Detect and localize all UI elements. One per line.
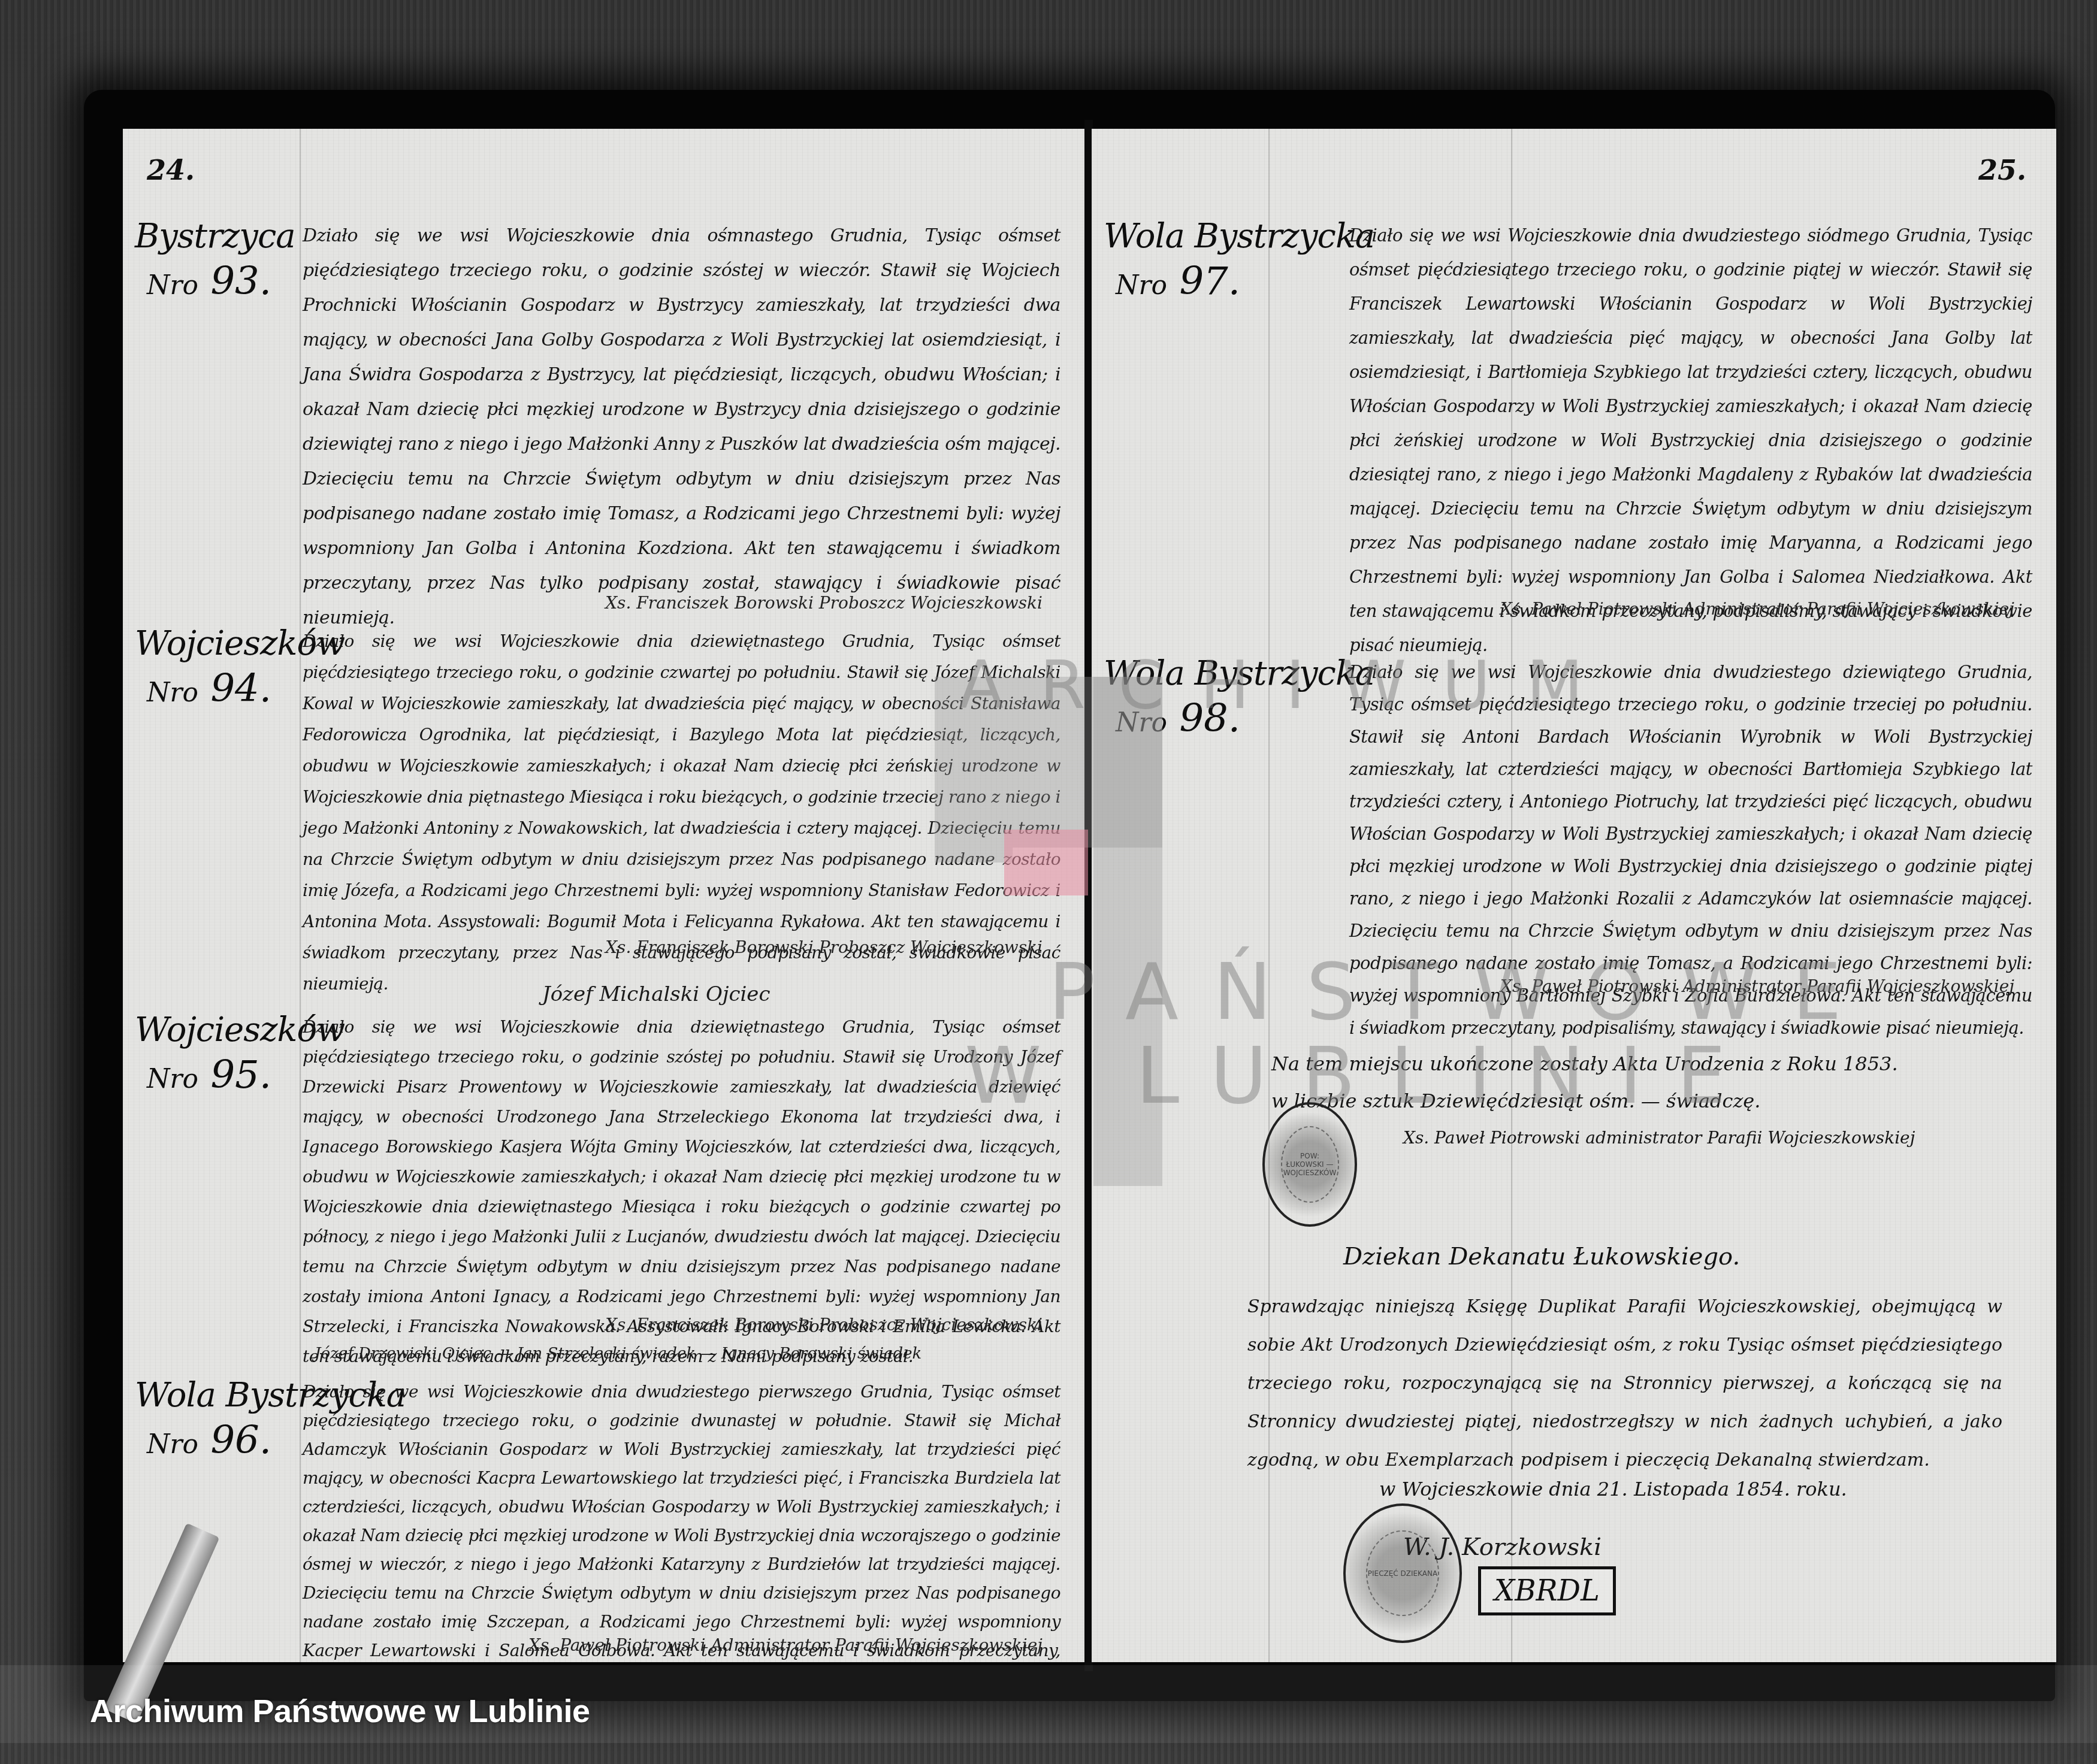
- register-entry-97: Wola Bystrzycka Nro 97. Działo się we ws…: [1092, 219, 2056, 632]
- right-page: 25. Wola Bystrzycka Nro 97. Działo się w…: [1092, 129, 2056, 1662]
- number-prefix: Nro: [147, 1429, 198, 1460]
- entry-number: Nro 94.: [135, 668, 303, 714]
- entry-number: Nro 95.: [135, 1054, 303, 1100]
- page-number-left: 24.: [147, 154, 195, 186]
- closing-line-2: w liczbie sztuk Dziewięćdziesiąt ośm. — …: [1271, 1082, 2020, 1119]
- entry-place: Wola Bystrzycka: [135, 1378, 303, 1414]
- entry-place: Wojcieszków: [135, 626, 303, 662]
- watermark-logo-accent: [1004, 830, 1088, 895]
- father-signature: Józef Michalski Ojciec: [542, 982, 770, 1006]
- entry-text: Działo się we wsi Wojcieszkowie dnia dwu…: [303, 1378, 1060, 1662]
- watermark-logo-block: [935, 677, 1013, 863]
- entry-margin-label: Wola Bystrzycka Nro 97.: [1104, 219, 1355, 307]
- seal-emblem: PIECZĘĆ DZIEKANA: [1366, 1530, 1439, 1617]
- register-entry-98: Wola Bystrzycka Nro 98. Działo się we ws…: [1092, 656, 2056, 1015]
- left-page: 24. Bystrzyca Nro 93. Działo się we wsi …: [123, 129, 1086, 1662]
- priest-signature: Xs. Franciszek Borowski Proboszcz Wojcie…: [303, 593, 1060, 613]
- priest-signature: Xs. Paweł Piotrowski Administrator Paraf…: [303, 1635, 1060, 1655]
- closing-line-1: Na tem miejscu ukończone zostały Akta Ur…: [1271, 1045, 2020, 1082]
- dean-seal-stamp: PIECZĘĆ DZIEKANA: [1343, 1503, 1462, 1643]
- number-prefix: Nro: [147, 270, 198, 301]
- number-value: 95.: [210, 1053, 271, 1097]
- number-value: 93.: [210, 259, 271, 304]
- entry-margin-label: Wojcieszków Nro 95.: [135, 1012, 303, 1100]
- seal-emblem: POW: ŁUKOWSKI — WOJCIESZKÓW: [1281, 1126, 1339, 1203]
- priest-signature: Xs. Franciszek Borowski Proboszcz Wojcie…: [303, 937, 1060, 957]
- closing-signature: Xs. Paweł Piotrowski administrator Paraf…: [1271, 1119, 2020, 1157]
- entry-margin-label: Bystrzyca Nro 93.: [135, 219, 303, 307]
- dean-date-line: w Wojcieszkowie dnia 21. Listopada 1854.…: [1379, 1470, 2020, 1508]
- archive-reference-box: XBRDL: [1478, 1566, 1616, 1615]
- number-value: 94.: [210, 667, 271, 711]
- closing-note: Na tem miejscu ukończone zostały Akta Ur…: [1271, 1045, 2020, 1157]
- priest-signature: Xs. Paweł Piotrowski Administrator Paraf…: [1271, 976, 2032, 996]
- register-entry-95: Wojcieszków Nro 95. Działo się we wsi Wo…: [123, 1012, 1084, 1360]
- number-prefix: Nro: [1116, 270, 1167, 301]
- entry-place: Wojcieszków: [135, 1012, 303, 1048]
- number-prefix: Nro: [147, 1064, 198, 1094]
- page-number-right: 25.: [1978, 154, 2026, 186]
- priest-signature: Xs. Paweł Piotrowski Administrator Paraf…: [1271, 599, 2032, 619]
- number-value: 97.: [1179, 259, 1240, 304]
- number-value: 98.: [1179, 697, 1240, 741]
- witness-signatures: Józef Drzewicki Ojciec — Jan Strzelecki …: [315, 1345, 921, 1363]
- entry-number: Nro 96.: [135, 1420, 303, 1466]
- entry-text: Działo się we wsi Wojcieszkowie dnia ośm…: [303, 219, 1060, 636]
- entry-place: Bystrzyca: [135, 219, 303, 255]
- dean-certification-title: Dziekan Dekanatu Łukowskiego.: [1343, 1243, 1740, 1270]
- entry-number: Nro 97.: [1104, 261, 1355, 307]
- entry-margin-label: Wola Bystrzycka Nro 96.: [135, 1378, 303, 1466]
- archive-caption: Archiwum Państwowe w Lublinie: [90, 1693, 590, 1730]
- parish-seal-stamp: POW: ŁUKOWSKI — WOJCIESZKÓW: [1262, 1102, 1357, 1227]
- entry-place: Wola Bystrzycka: [1104, 219, 1355, 255]
- number-prefix: Nro: [147, 677, 198, 708]
- register-entry-93: Bystrzyca Nro 93. Działo się we wsi Wojc…: [123, 219, 1084, 620]
- number-value: 96.: [210, 1418, 271, 1463]
- register-entry-96: Wola Bystrzycka Nro 96. Działo się we ws…: [123, 1378, 1084, 1659]
- entry-text: Działo się we wsi Wojcieszkowie dnia dwu…: [1349, 219, 2032, 662]
- watermark-logo-block: [1093, 677, 1162, 1186]
- entry-number: Nro 93.: [135, 261, 303, 307]
- priest-signature: Xs. Franciszek Borowski Proboszcz Wojcie…: [303, 1315, 1060, 1335]
- entry-margin-label: Wojcieszków Nro 94.: [135, 626, 303, 714]
- dean-certification-text: Sprawdzając niniejszą Księgę Duplikat Pa…: [1247, 1288, 2002, 1479]
